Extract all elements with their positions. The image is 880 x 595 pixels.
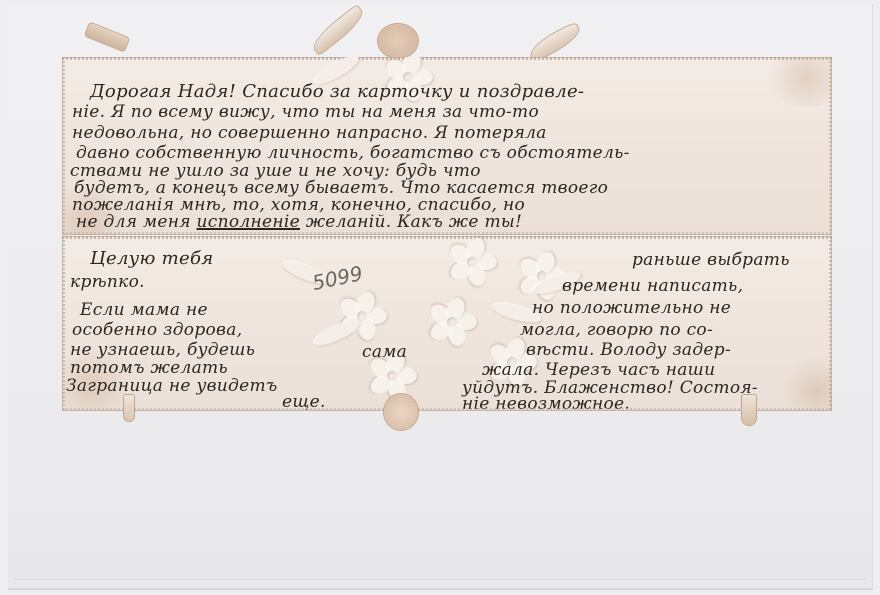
bottom-center-flower-ornament: [384, 394, 418, 430]
letter-line: Дорогая Надя! Спасибо за карточку и позд…: [90, 81, 584, 102]
card-top-panel: Дорогая Надя! Спасибо за карточку и позд…: [62, 57, 832, 235]
bottom-right-tab-ornament: [742, 395, 756, 425]
letter-line: давно собственную личность, богатство съ…: [76, 143, 630, 163]
letter-line: ніе невозможное.: [462, 394, 630, 411]
card-bottom-panel: 5099 Целую тебя крѣпко. Если мама не осо…: [62, 236, 832, 411]
letter-line: ніе. Я по всему вижу, что ты на меня за …: [72, 102, 539, 122]
letter-line: раньше выбрать: [632, 250, 790, 270]
letter-line: вѣсти. Володу задер-: [526, 340, 731, 360]
letter-line: жала. Черезъ часъ наши: [482, 360, 715, 380]
handwritten-text-bottom-right: раньше выбрать времени написать, но поло…: [62, 236, 832, 411]
letter-line: могла, говорю по со-: [520, 320, 713, 340]
letter-line: но положительно не: [532, 298, 731, 318]
letter-line: не для меня исполненіе желаній. Какъ же …: [76, 212, 522, 232]
underlined-word: исполненіе: [197, 212, 300, 232]
letter-line: времени написать,: [562, 276, 743, 296]
top-center-flower-ornament: [378, 24, 418, 58]
handwritten-text-top: Дорогая Надя! Спасибо за карточку и позд…: [62, 57, 832, 235]
letter-line: недовольна, но совершенно напрасно. Я по…: [72, 123, 547, 143]
bottom-left-tab-ornament: [124, 395, 134, 421]
